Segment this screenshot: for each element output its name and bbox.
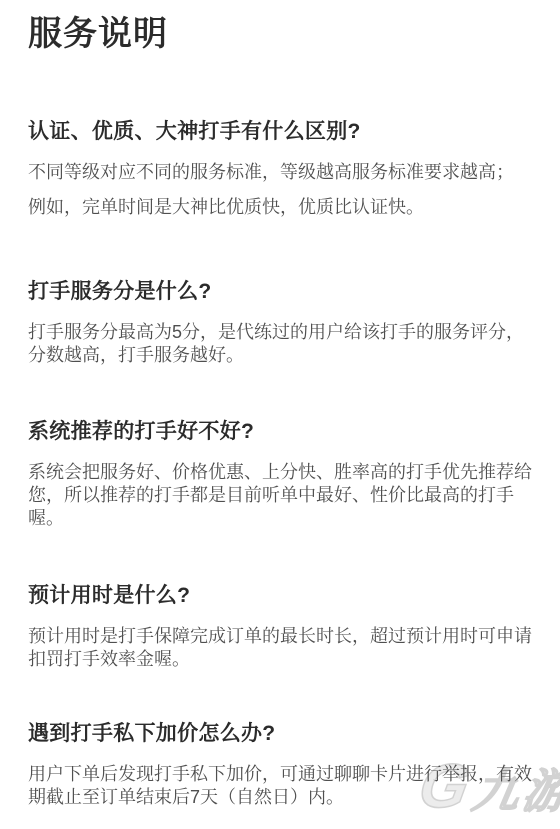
faq-section-recommendation: 系统推荐的打手好不好? 系统会把服务好、价格优惠、上分快、胜率高的打手优先推荐给… bbox=[28, 418, 532, 530]
service-description-page: 服务说明 认证、优质、大神打手有什么区别? 不同等级对应不同的服务标准，等级越高… bbox=[0, 0, 560, 829]
page-title: 服务说明 bbox=[28, 12, 532, 56]
faq-section-estimated-time: 预计用时是什么? 预计用时是打手保障完成订单的最长时长，超过预计用时可申请扣罚打… bbox=[28, 582, 532, 671]
faq-question-private-price-raise: 遇到打手私下加价怎么办? bbox=[28, 720, 532, 748]
faq-question-service-score: 打手服务分是什么? bbox=[28, 278, 532, 306]
page-content: 服务说明 认证、优质、大神打手有什么区别? 不同等级对应不同的服务标准，等级越高… bbox=[28, 12, 532, 809]
faq-question-level-difference: 认证、优质、大神打手有什么区别? bbox=[28, 118, 532, 146]
faq-answer-paragraph: 例如，完单时间是大神比优质快，优质比认证快。 bbox=[28, 196, 532, 219]
faq-answer-paragraph: 不同等级对应不同的服务标准，等级越高服务标准要求越高； bbox=[28, 161, 532, 184]
faq-section-levels: 认证、优质、大神打手有什么区别? 不同等级对应不同的服务标准，等级越高服务标准要… bbox=[28, 118, 532, 219]
faq-answer-paragraph: 用户下单后发现打手私下加价，可通过聊聊卡片进行举报，有效期截止至订单结束后7天（… bbox=[28, 763, 532, 809]
faq-answer-paragraph: 打手服务分最高为5分，是代练过的用户给该打手的服务评分，分数越高，打手服务越好。 bbox=[28, 321, 532, 367]
faq-answer-paragraph: 系统会把服务好、价格优惠、上分快、胜率高的打手优先推荐给您，所以推荐的打手都是目… bbox=[28, 461, 532, 530]
faq-answer-paragraph: 预计用时是打手保障完成订单的最长时长，超过预计用时可申请扣罚打手效率金喔。 bbox=[28, 625, 532, 671]
faq-question-estimated-time: 预计用时是什么? bbox=[28, 582, 532, 610]
faq-question-recommendation: 系统推荐的打手好不好? bbox=[28, 418, 532, 446]
faq-section-private-price-raise: 遇到打手私下加价怎么办? 用户下单后发现打手私下加价，可通过聊聊卡片进行举报，有… bbox=[28, 720, 532, 809]
faq-section-service-score: 打手服务分是什么? 打手服务分最高为5分，是代练过的用户给该打手的服务评分，分数… bbox=[28, 278, 532, 367]
